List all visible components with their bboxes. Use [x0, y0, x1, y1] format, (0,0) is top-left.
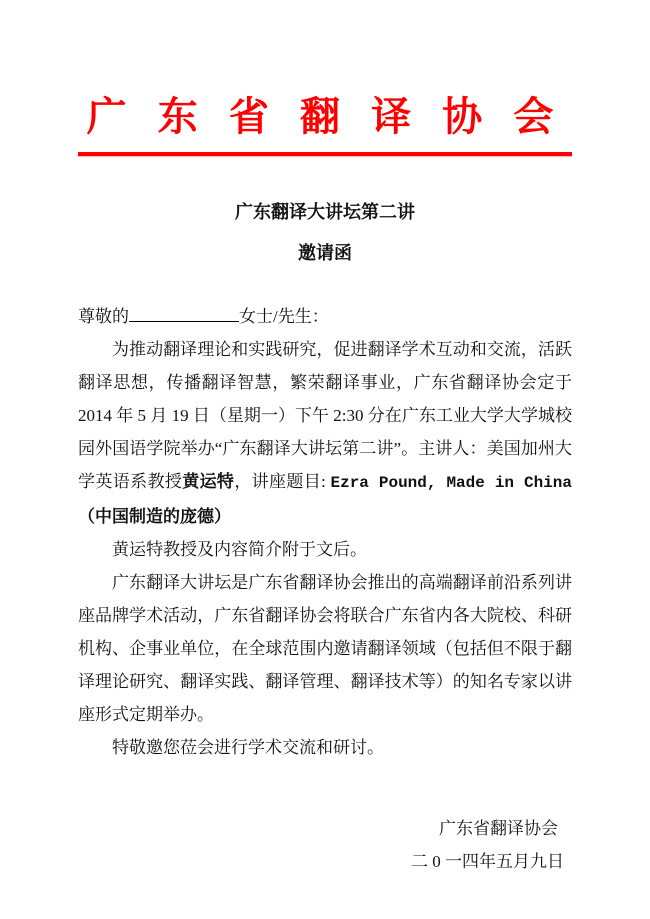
- letterhead-rule: [78, 152, 572, 156]
- salutation-line: 尊敬的女士/先生：: [78, 300, 572, 333]
- document-subtitle: 邀请函: [78, 241, 572, 265]
- text-segment: ，讲座题目:: [234, 472, 330, 491]
- text-segment: （中国制造的庞德）: [78, 507, 231, 526]
- letterhead-title: 广 东 省 翻 译 协 会: [78, 92, 572, 142]
- letterhead: 广 东 省 翻 译 协 会: [78, 92, 572, 156]
- text-segment: Ezra Pound, Made in China: [331, 474, 573, 492]
- text-segment: 为推动翻译理论和实践研究，促进翻译学术互动和交流，活跃翻译思想，传播翻译智慧，繁…: [78, 340, 572, 491]
- document-title: 广东翻译大讲坛第二讲: [78, 200, 572, 224]
- salutation-name-blank: [129, 305, 239, 322]
- signature-org: 广东省翻译协会: [78, 812, 572, 845]
- text-segment: 黄运特教授及内容简介附于文后。: [112, 540, 367, 559]
- body-paragraph-intro: 为推动翻译理论和实践研究，促进翻译学术互动和交流，活跃翻译思想，传播翻译智慧，繁…: [78, 333, 572, 533]
- document-page: 广 东 省 翻 译 协 会 广东翻译大讲坛第二讲 邀请函 尊敬的女士/先生： 为…: [0, 0, 650, 919]
- signature-block: 广东省翻译协会 二 0 一四年五月九日: [78, 812, 572, 878]
- salutation-prefix: 尊敬的: [78, 307, 129, 326]
- text-segment: 广东翻译大讲坛是广东省翻译协会推出的高端翻译前沿系列讲座品牌学术活动，广东省翻译…: [78, 573, 572, 724]
- text-segment: 黄运特: [182, 472, 234, 491]
- body-paragraph-closing: 特敬邀您莅会进行学术交流和研讨。: [78, 731, 572, 764]
- signature-date: 二 0 一四年五月九日: [78, 845, 572, 878]
- body-paragraph-speaker-note: 黄运特教授及内容简介附于文后。: [78, 533, 572, 566]
- text-segment: 特敬邀您莅会进行学术交流和研讨。: [112, 738, 384, 757]
- salutation-suffix: 女士/先生：: [239, 307, 329, 326]
- body-paragraph-forum-description: 广东翻译大讲坛是广东省翻译协会推出的高端翻译前沿系列讲座品牌学术活动，广东省翻译…: [78, 566, 572, 731]
